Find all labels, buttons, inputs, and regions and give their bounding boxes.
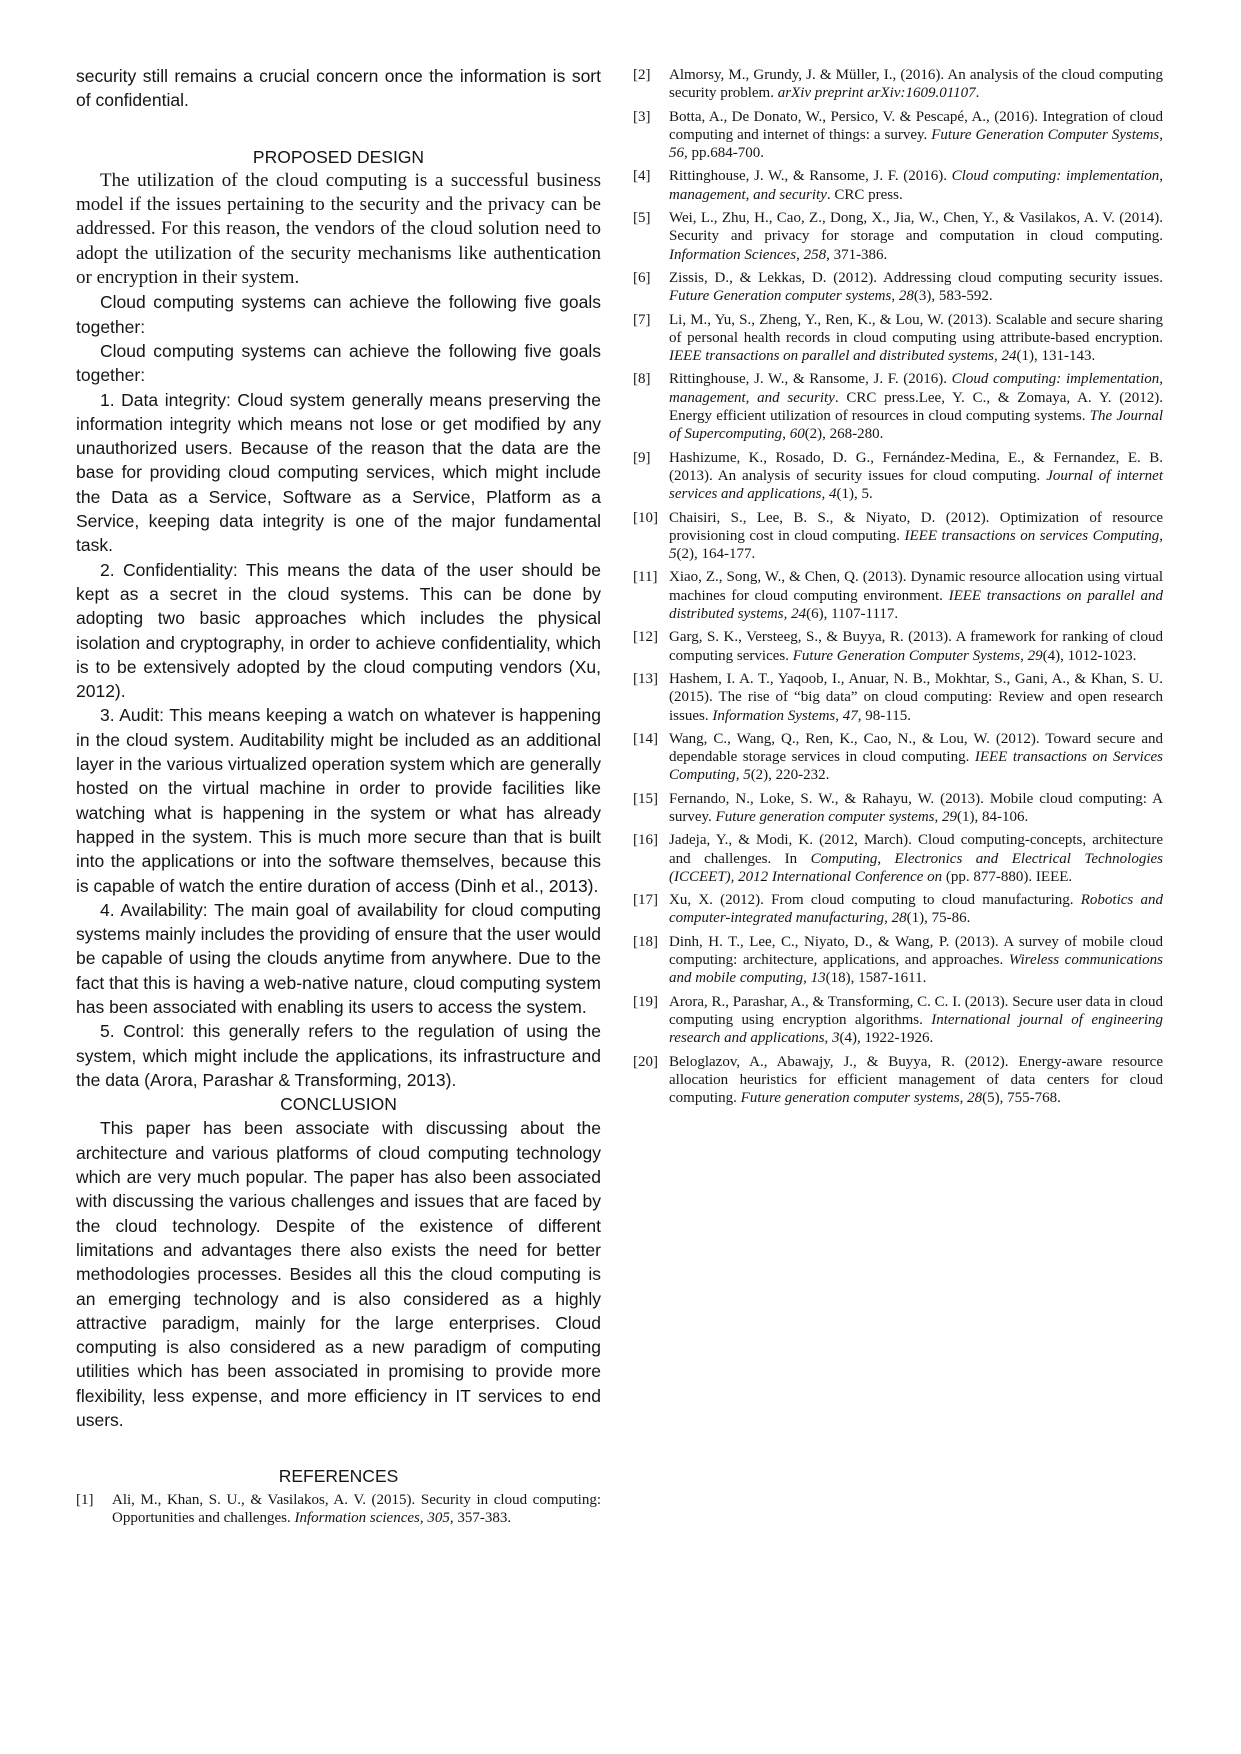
reference-item: [13]Hashem, I. A. T., Yaqoob, I., Anuar,… — [633, 670, 1163, 725]
reference-item: [20]Beloglazov, A., Abawajy, J., & Buyya… — [633, 1053, 1163, 1108]
reference-text: Ali, M., Khan, S. U., & Vasilakos, A. V.… — [112, 1491, 601, 1528]
reference-number: [9] — [633, 449, 669, 504]
reference-text: Li, M., Yu, S., Zheng, Y., Ren, K., & Lo… — [669, 311, 1163, 366]
reference-item: [2]Almorsy, M., Grundy, J. & Müller, I.,… — [633, 66, 1163, 103]
reference-item: [16]Jadeja, Y., & Modi, K. (2012, March)… — [633, 831, 1163, 886]
left-reference-list: [1]Ali, M., Khan, S. U., & Vasilakos, A.… — [76, 1491, 601, 1528]
reference-text: Arora, R., Parashar, A., & Transforming,… — [669, 993, 1163, 1048]
reference-item: [7]Li, M., Yu, S., Zheng, Y., Ren, K., &… — [633, 311, 1163, 366]
reference-number: [19] — [633, 993, 669, 1048]
reference-item: [12]Garg, S. K., Versteeg, S., & Buyya, … — [633, 628, 1163, 665]
reference-text: Rittinghouse, J. W., & Ransome, J. F. (2… — [669, 167, 1163, 204]
reference-text: Fernando, N., Loke, S. W., & Rahayu, W. … — [669, 790, 1163, 827]
body-paragraph: Cloud computing systems can achieve the … — [76, 339, 601, 388]
reference-text: Chaisiri, S., Lee, B. S., & Niyato, D. (… — [669, 509, 1163, 564]
body-paragraph: 1. Data integrity: Cloud system generall… — [76, 388, 601, 558]
reference-number: [7] — [633, 311, 669, 366]
reference-text: Hashizume, K., Rosado, D. G., Fernández-… — [669, 449, 1163, 504]
reference-text: Dinh, H. T., Lee, C., Niyato, D., & Wang… — [669, 933, 1163, 988]
reference-text: Beloglazov, A., Abawajy, J., & Buyya, R.… — [669, 1053, 1163, 1108]
reference-number: [18] — [633, 933, 669, 988]
reference-number: [20] — [633, 1053, 669, 1108]
body-paragraph: security still remains a crucial concern… — [76, 64, 601, 113]
reference-text: Zissis, D., & Lekkas, D. (2012). Address… — [669, 269, 1163, 306]
reference-item: [5]Wei, L., Zhu, H., Cao, Z., Dong, X., … — [633, 209, 1163, 264]
reference-number: [17] — [633, 891, 669, 928]
reference-number: [4] — [633, 167, 669, 204]
reference-number: [8] — [633, 370, 669, 443]
reference-item: [3]Botta, A., De Donato, W., Persico, V.… — [633, 108, 1163, 163]
reference-item: [17]Xu, X. (2012). From cloud computing … — [633, 891, 1163, 928]
reference-item: [18]Dinh, H. T., Lee, C., Niyato, D., & … — [633, 933, 1163, 988]
section-heading: REFERENCES — [76, 1464, 601, 1488]
left-column-body: security still remains a crucial concern… — [76, 64, 601, 1489]
reference-number: [2] — [633, 66, 669, 103]
reference-text: Rittinghouse, J. W., & Ransome, J. F. (2… — [669, 370, 1163, 443]
reference-text: Botta, A., De Donato, W., Persico, V. & … — [669, 108, 1163, 163]
reference-item: [14]Wang, C., Wang, Q., Ren, K., Cao, N.… — [633, 730, 1163, 785]
right-column: [2]Almorsy, M., Grundy, J. & Müller, I.,… — [633, 64, 1163, 1112]
body-paragraph: 5. Control: this generally refers to the… — [76, 1019, 601, 1092]
document-page: security still remains a crucial concern… — [0, 0, 1241, 1754]
reference-item: [4]Rittinghouse, J. W., & Ransome, J. F.… — [633, 167, 1163, 204]
reference-item: [10]Chaisiri, S., Lee, B. S., & Niyato, … — [633, 509, 1163, 564]
reference-number: [13] — [633, 670, 669, 725]
reference-number: [6] — [633, 269, 669, 306]
reference-text: Garg, S. K., Versteeg, S., & Buyya, R. (… — [669, 628, 1163, 665]
reference-item: [11]Xiao, Z., Song, W., & Chen, Q. (2013… — [633, 568, 1163, 623]
section-heading: CONCLUSION — [76, 1092, 601, 1116]
section-heading: PROPOSED DESIGN — [76, 145, 601, 169]
reference-number: [14] — [633, 730, 669, 785]
reference-item: [6]Zissis, D., & Lekkas, D. (2012). Addr… — [633, 269, 1163, 306]
reference-text: Almorsy, M., Grundy, J. & Müller, I., (2… — [669, 66, 1163, 103]
reference-text: Wei, L., Zhu, H., Cao, Z., Dong, X., Jia… — [669, 209, 1163, 264]
reference-number: [3] — [633, 108, 669, 163]
reference-text: Hashem, I. A. T., Yaqoob, I., Anuar, N. … — [669, 670, 1163, 725]
reference-number: [15] — [633, 790, 669, 827]
reference-number: [1] — [76, 1491, 112, 1528]
body-paragraph: 3. Audit: This means keeping a watch on … — [76, 703, 601, 897]
body-paragraph: The utilization of the cloud computing i… — [76, 169, 601, 290]
body-paragraph: 4. Availability: The main goal of availa… — [76, 898, 601, 1019]
reference-item: [15]Fernando, N., Loke, S. W., & Rahayu,… — [633, 790, 1163, 827]
reference-text: Xu, X. (2012). From cloud computing to c… — [669, 891, 1163, 928]
reference-item: [1]Ali, M., Khan, S. U., & Vasilakos, A.… — [76, 1491, 601, 1528]
body-paragraph: This paper has been associate with discu… — [76, 1116, 601, 1432]
reference-number: [10] — [633, 509, 669, 564]
reference-item: [9]Hashizume, K., Rosado, D. G., Fernánd… — [633, 449, 1163, 504]
body-paragraph: 2. Confidentiality: This means the data … — [76, 558, 601, 704]
right-reference-list: [2]Almorsy, M., Grundy, J. & Müller, I.,… — [633, 66, 1163, 1107]
reference-text: Jadeja, Y., & Modi, K. (2012, March). Cl… — [669, 831, 1163, 886]
reference-number: [12] — [633, 628, 669, 665]
reference-item: [8]Rittinghouse, J. W., & Ransome, J. F.… — [633, 370, 1163, 443]
reference-number: [16] — [633, 831, 669, 886]
reference-text: Wang, C., Wang, Q., Ren, K., Cao, N., & … — [669, 730, 1163, 785]
reference-text: Xiao, Z., Song, W., & Chen, Q. (2013). D… — [669, 568, 1163, 623]
body-paragraph: Cloud computing systems can achieve the … — [76, 290, 601, 339]
reference-number: [11] — [633, 568, 669, 623]
reference-item: [19]Arora, R., Parashar, A., & Transform… — [633, 993, 1163, 1048]
left-column: security still remains a crucial concern… — [76, 64, 601, 1532]
reference-number: [5] — [633, 209, 669, 264]
